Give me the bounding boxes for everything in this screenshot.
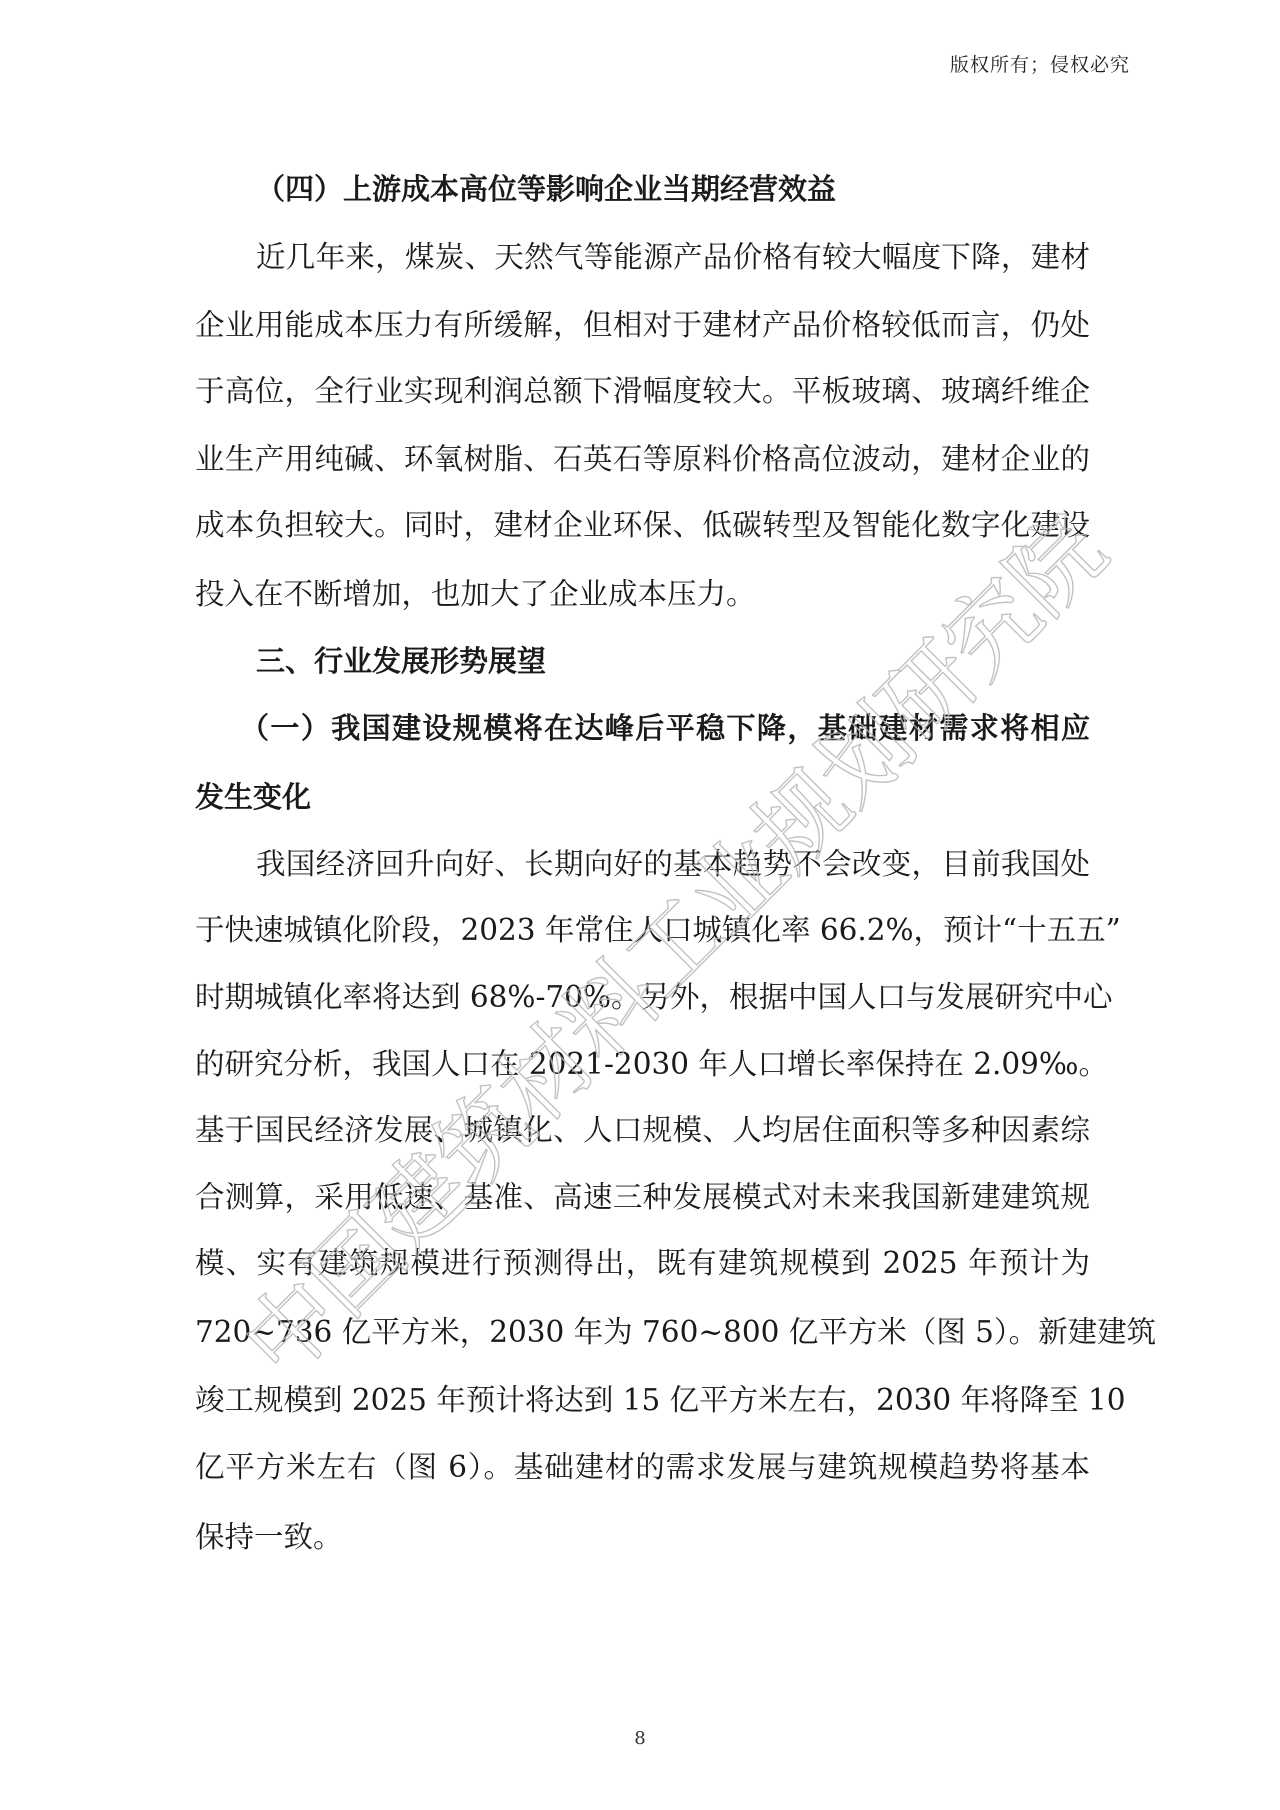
paragraph-line: 于高位，全行业实现利润总额下滑幅度较大。平板玻璃、玻璃纤维企 <box>195 374 1090 408</box>
paragraph-line: 模、实有建筑规模进行预测得出，既有建筑规模到 2025 年预计为 <box>195 1246 1090 1280</box>
paragraph-line: 成本负担较大。同时，建材企业环保、低碳转型及智能化数字化建设 <box>195 508 1090 542</box>
paragraph-line: 近几年来，煤炭、天然气等能源产品价格有较大幅度下降，建材 <box>256 240 1090 274</box>
paragraph-line: 于快速城镇化阶段，2023 年常住人口城镇化率 66.2%，预计“十五五” <box>195 913 1090 947</box>
subsection-heading-line: 发生变化 <box>195 780 1090 814</box>
paragraph-line: 时期城镇化率将达到 68%-70%。另外，根据中国人口与发展研究中心 <box>195 980 1090 1014</box>
paragraph-line: 业生产用纯碱、环氧树脂、石英石等原料价格高位波动，建材企业的 <box>195 442 1090 476</box>
paragraph-line: 投入在不断增加，也加大了企业成本压力。 <box>195 577 1090 611</box>
copyright-notice: 版权所有；侵权必究 <box>950 50 1130 77</box>
paragraph-line: 我国经济回升向好、长期向好的基本趋势不会改变，目前我国处 <box>256 847 1090 881</box>
paragraph-line: 的研究分析，我国人口在 2021-2030 年人口增长率保持在 2.09‰。 <box>195 1047 1090 1081</box>
paragraph-line: 亿平方米左右（图 6）。基础建材的需求发展与建筑规模趋势将基本 <box>195 1450 1090 1484</box>
paragraph-line: 基于国民经济发展、城镇化、人口规模、人均居住面积等多种因素综 <box>195 1113 1090 1147</box>
paragraph-line: 企业用能成本压力有所缓解，但相对于建材产品价格较低而言，仍处 <box>195 308 1090 342</box>
paragraph-line: 竣工规模到 2025 年预计将达到 15 亿平方米左右，2030 年将降至 10 <box>195 1383 1090 1417</box>
paragraph-line: 720~736 亿平方米，2030 年为 760~800 亿平方米（图 5）。新… <box>195 1315 1090 1349</box>
subsection-heading-line: （一）我国建设规模将在达峰后平稳下降，基础建材需求将相应 <box>240 711 1090 745</box>
page-number: 8 <box>0 1728 1280 1749</box>
paragraph-line: 保持一致。 <box>195 1520 1090 1554</box>
section-heading-cost: （四）上游成本高位等影响企业当期经营效益 <box>256 172 1151 206</box>
paragraph-line: 合测算，采用低速、基准、高速三种发展模式对未来我国新建建筑规 <box>195 1180 1090 1214</box>
section-heading-outlook: 三、行业发展形势展望 <box>256 644 1151 678</box>
